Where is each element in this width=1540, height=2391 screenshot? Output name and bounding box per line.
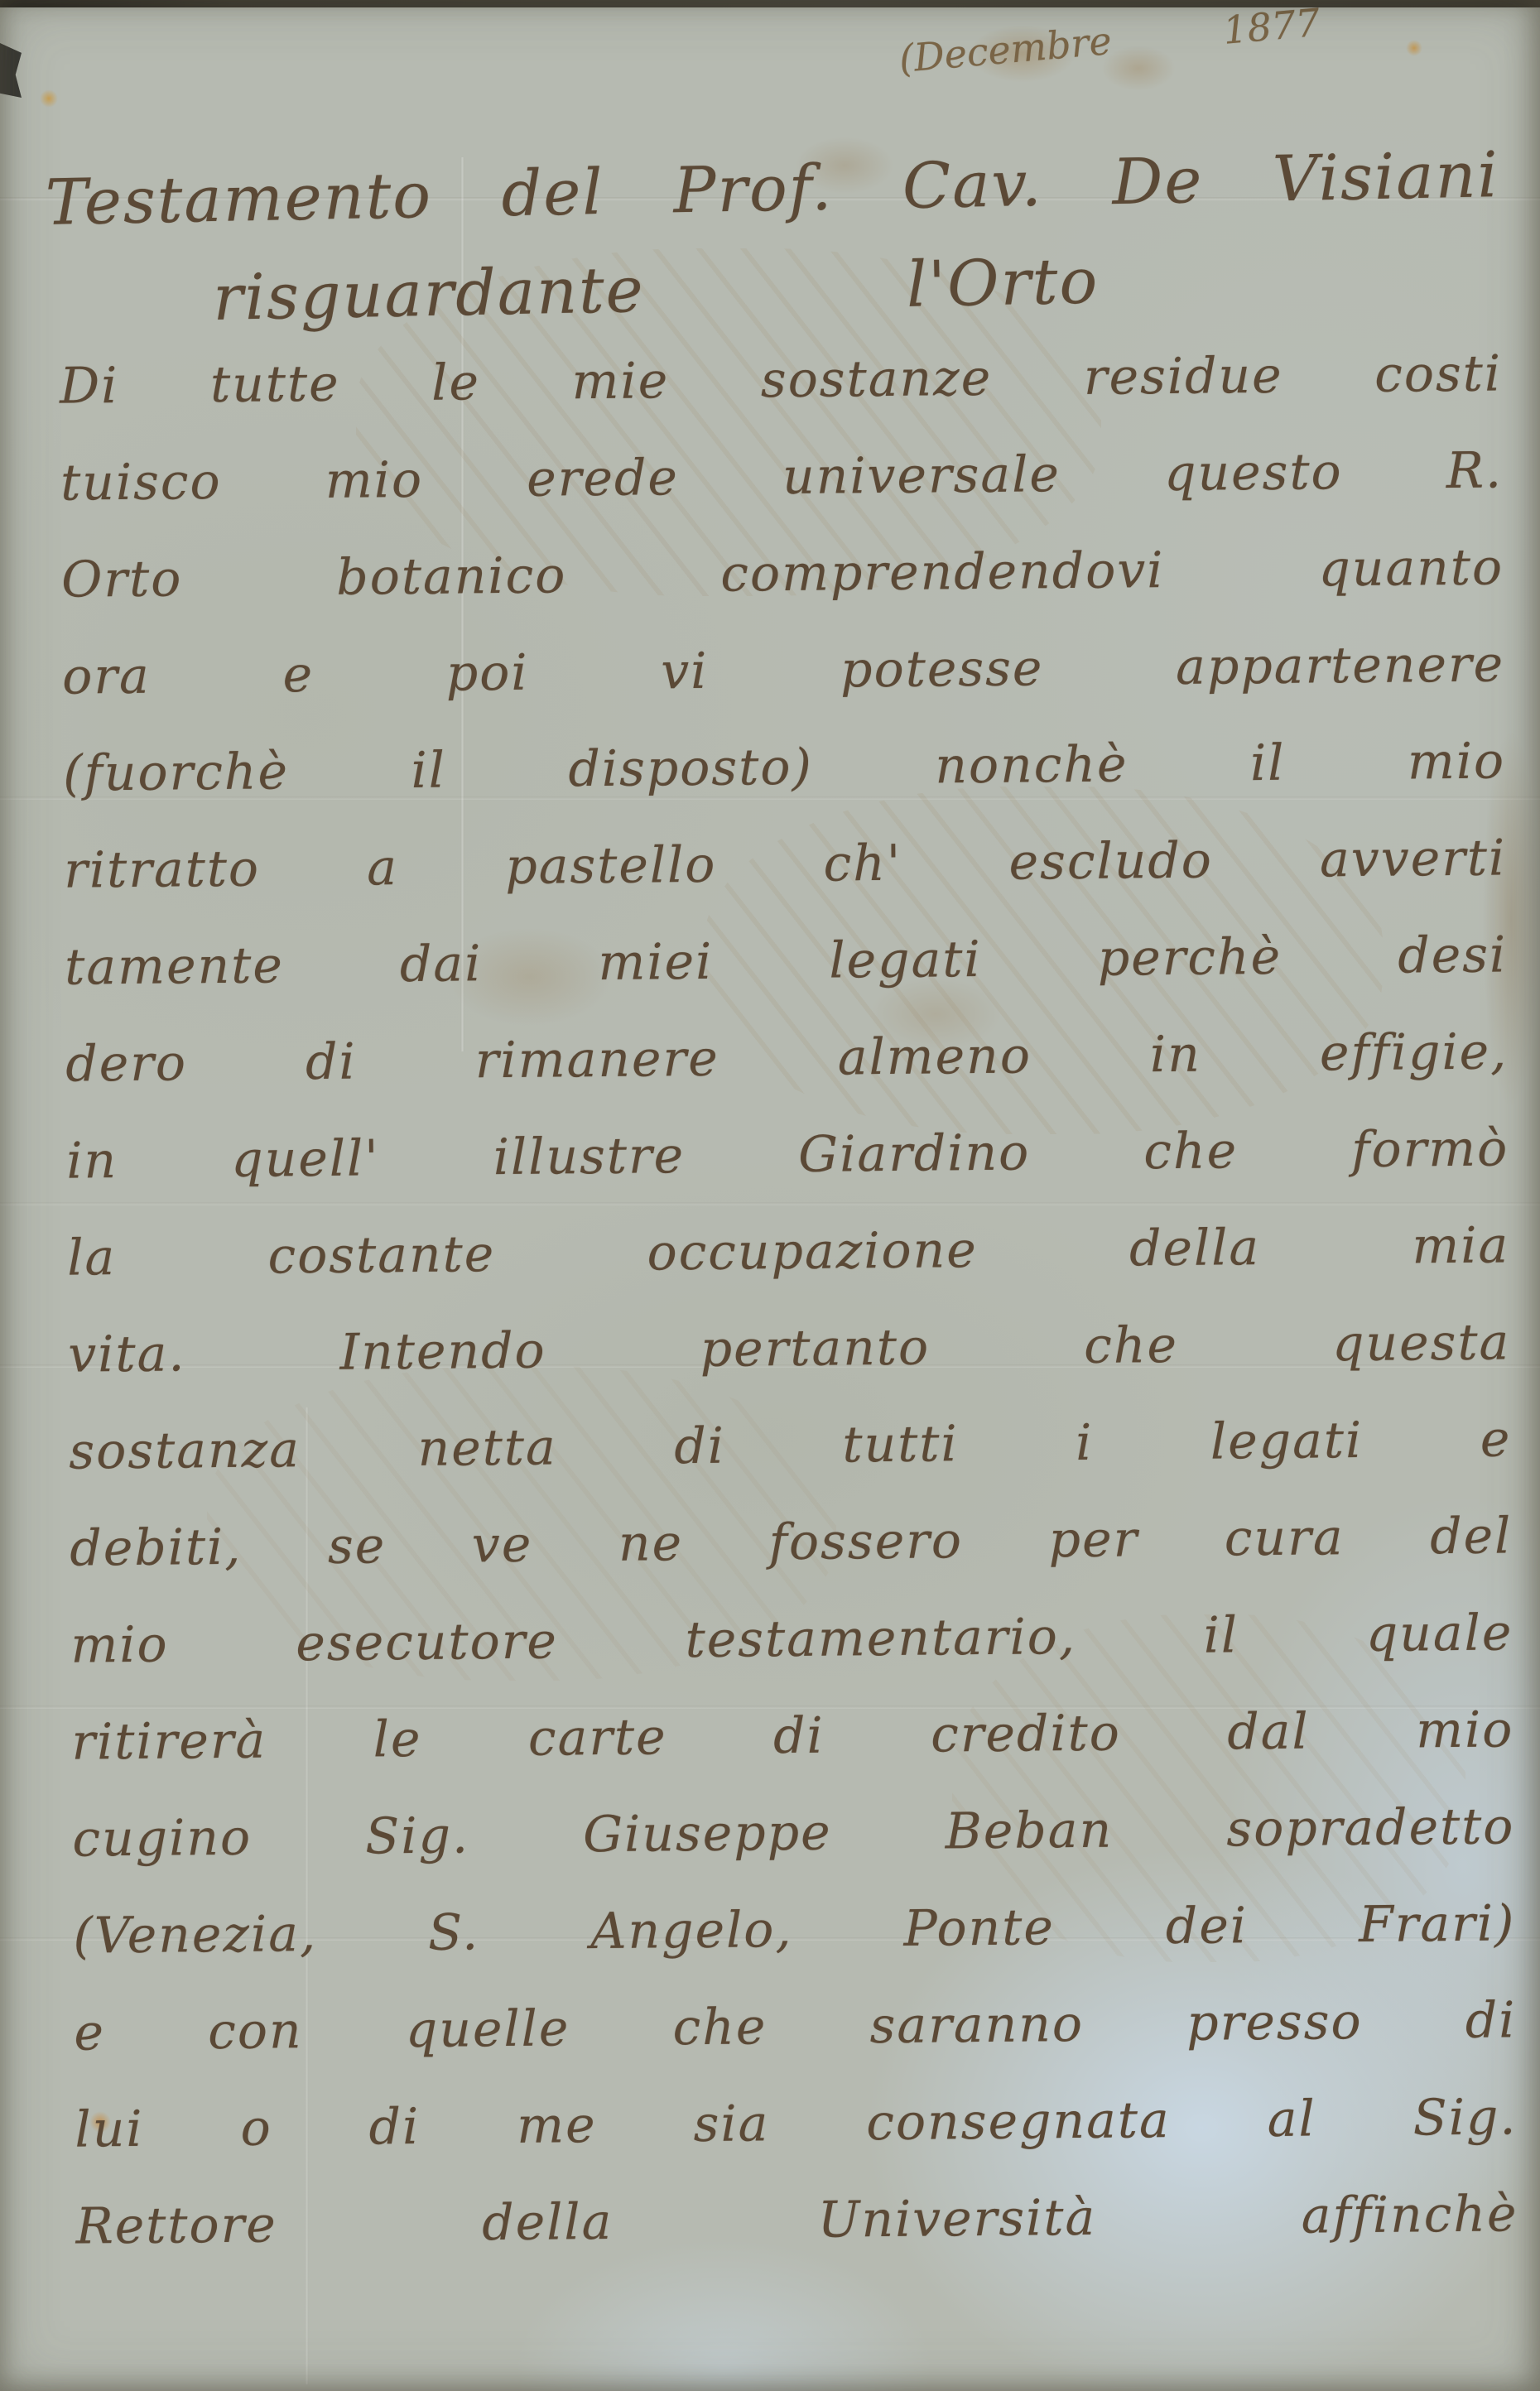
manuscript-line-14: mio esecutore testamentario, il quale: [70, 1604, 1514, 1713]
manuscript-line-16: cugino Sig. Giuseppe Beban sopradetto: [72, 1797, 1515, 1907]
manuscript-line-3: Orto botanico comprendendovi quanto: [61, 538, 1504, 647]
manuscript-line-1: Di tutte le mie sostanze residue costi: [60, 344, 1503, 454]
manuscript-line-9: in quell' illustre Giardino che formò: [66, 1119, 1509, 1229]
manuscript-line-7: tamente dai miei legati perchè desi: [65, 926, 1508, 1035]
manuscript-line-19: lui o di me sia consegnata al Sig.: [75, 2088, 1518, 2197]
manuscript-line-18: e con quelle che saranno presso di: [74, 1991, 1517, 2100]
manuscript-line-5: (fuorchè il disposto) nonchè il mio: [63, 732, 1506, 841]
manuscript-line-20: Rettore della Università affinchè: [75, 2185, 1518, 2294]
manuscript-line-2: tuisco mio erede universale questo R.: [60, 441, 1504, 551]
manuscript-line-4: ora e poi vi potesse appartenere: [62, 635, 1505, 744]
manuscript-line-6: ritratto a pastello ch' escludo avverti: [64, 829, 1507, 938]
manuscript-line-12: sostanza netta di tutti i legati e: [69, 1410, 1512, 1519]
date-annotation: (Decembre 1877: [898, 0, 1322, 81]
manuscript-line-17: (Venezia, S. Angelo, Ponte dei Frari): [73, 1894, 1516, 2004]
scan-corner-mark: [0, 43, 22, 98]
manuscript-line-8: dero di rimanere almeno in effigie,: [65, 1022, 1509, 1132]
document-title: Testamento del Prof. Cav. De Visiani ris…: [45, 125, 1502, 350]
manuscript-line-13: debiti, se ve ne fossero per cura del: [70, 1507, 1513, 1616]
paper-stain: [1406, 40, 1422, 56]
manuscript-line-11: vita. Intendo pertanto che questa: [68, 1313, 1511, 1422]
manuscript-line-15: ritirerà le carte di credito dal mio: [71, 1701, 1514, 1810]
manuscript-body: Di tutte le mie sostanze residue costi t…: [60, 344, 1518, 2294]
manuscript-line-10: la costante occupazione della mia: [67, 1216, 1510, 1325]
manuscript-page: (Decembre 1877 Testamento del Prof. Cav.…: [0, 0, 1540, 2391]
paper-stain: [40, 89, 58, 108]
title-line-1: Testamento del Prof. Cav. De Visiani: [45, 125, 1500, 253]
title-line-2: risguardante l'Orto: [212, 232, 1100, 347]
